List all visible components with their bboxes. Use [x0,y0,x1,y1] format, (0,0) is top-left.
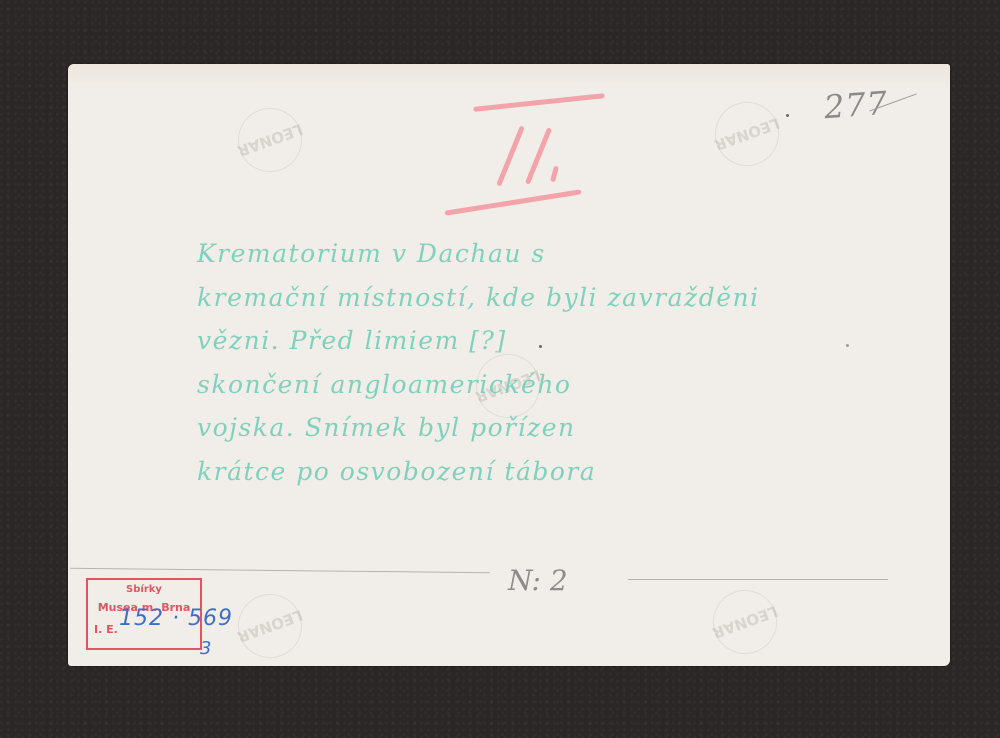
inventory-number: 152 · 569 [119,606,233,631]
numeral-stroke [496,125,525,186]
caption-line: Krematorium v Dachau s [197,232,857,276]
photo-back-card: LEONAR LEONAR LEONAR LEONAR LEONAR II. 2… [68,64,950,666]
leonar-watermark: LEONAR [704,581,786,663]
caption-line: krátce po osvobození tábora [197,450,857,494]
caption-line: vězni. Před limiem [?] [197,319,857,363]
lower-underline [444,189,581,216]
speck [846,344,849,347]
catalog-number: 277 [823,84,890,126]
leonar-watermark: LEONAR [229,99,311,181]
leonar-watermark: LEONAR [229,585,311,666]
caption-line: skončení angloamerického [197,363,857,407]
caption-line: vojska. Snímek byl pořízen [197,406,857,450]
inventory-suffix: 3 [200,638,211,659]
speck [786,114,789,117]
upper-underline [473,93,605,112]
leonar-watermark: LEONAR [706,93,788,175]
numeral-stroke [525,127,552,185]
pencil-rule-left [70,568,490,573]
caption-line: kremační místností, kde byli zavražděni [197,276,857,320]
stamp-collection-label: Sbírky [88,584,200,595]
speck [539,345,542,348]
numeral-dot [550,166,559,183]
handwritten-caption: Krematorium v Dachau s kremační místnost… [197,232,857,493]
pencil-rule-right [628,579,888,580]
stamp-prefix: I. E. [94,623,118,636]
plate-number: N: 2 [508,564,568,597]
